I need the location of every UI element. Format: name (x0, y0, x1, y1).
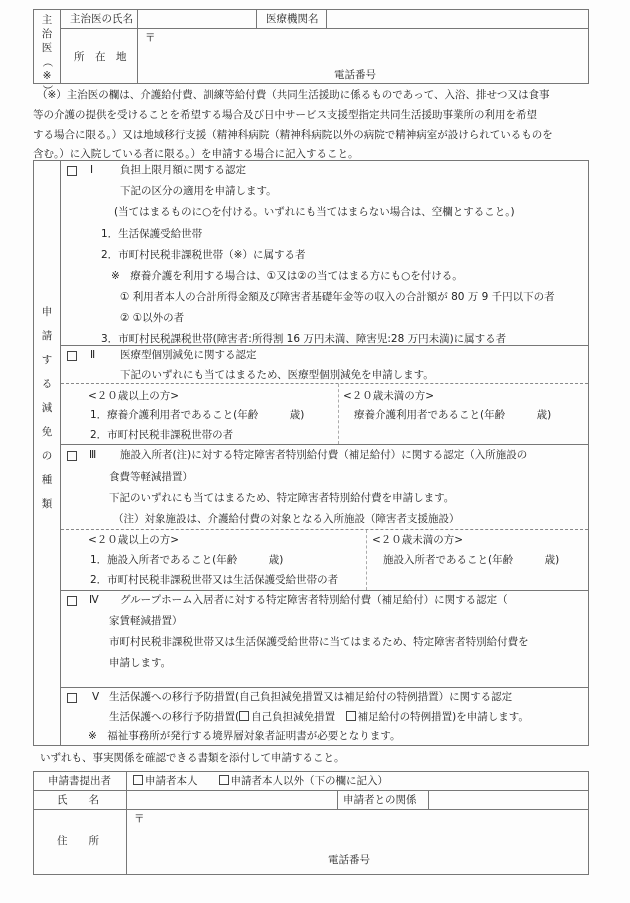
doctor-side-label: 主治医（※） (40, 13, 54, 97)
submitter-other-checkbox[interactable] (219, 775, 229, 785)
reduction-side-label: 申 請 す る 減 免 の 種 類 (40, 305, 54, 521)
section-1-sub-1[interactable]: ① 利用者本人の合計所得金額及び障害者基礎年金等の収入の合計額が 80 万 9 … (120, 290, 555, 304)
phone-label: 電話番号 (328, 853, 370, 867)
relation-field[interactable] (429, 791, 588, 809)
name-label: 氏 名 (57, 793, 99, 807)
relation-label: 申請者との関係 (343, 793, 417, 807)
postal-mark: 〒 (134, 812, 145, 826)
section-5-checkbox[interactable] (67, 693, 77, 703)
section-1-item-2[interactable]: 2．市町村民税非課税世帯（※）に属する者 (101, 248, 305, 262)
section-1-item-1[interactable]: 1．生活保護受給世帯 (101, 227, 202, 241)
submitter-self-checkbox[interactable] (133, 775, 143, 785)
doctor-phone-label: 電話番号 (334, 68, 376, 82)
doctor-name-label: 主治医の氏名 (70, 12, 133, 26)
attach-note: いずれも、事実関係を確認できる書類を添付して申請すること。 (40, 751, 345, 765)
section-3-checkbox[interactable] (67, 451, 77, 461)
supplementary-benefit-special-checkbox[interactable] (346, 711, 356, 721)
doctor-name-field[interactable] (138, 10, 256, 28)
section-1-sub-2[interactable]: ② ①以外の者 (120, 311, 184, 325)
postal-mark: 〒 (145, 31, 156, 45)
section-1-item-3[interactable]: 3．市町村民税課税世帯(障害者:所得割 16 万円未満、障害児:28 万円未満)… (101, 332, 506, 346)
section-4-checkbox[interactable] (67, 596, 77, 606)
name-field[interactable] (127, 791, 337, 809)
institution-field[interactable] (327, 10, 588, 28)
self-burden-reduction-checkbox[interactable] (239, 711, 249, 721)
section-1-checkbox[interactable] (67, 166, 77, 176)
address-label: 住 所 (57, 834, 99, 848)
institution-label: 医療機関名 (266, 12, 319, 26)
section-2-checkbox[interactable] (67, 351, 77, 361)
doctor-address-label: 所 在 地 (74, 50, 127, 64)
submitter-label: 申請書提出者 (48, 774, 111, 788)
